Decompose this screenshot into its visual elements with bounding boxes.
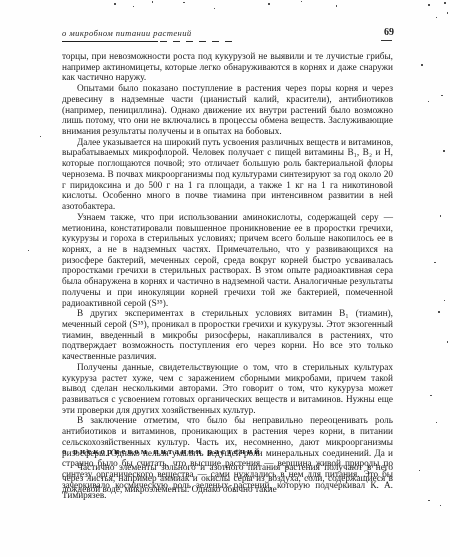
body-paragraph: Частично элементы зольного и азотного пи…: [62, 463, 393, 496]
body-text-block: торцы, при невозможности роста под кукур…: [62, 52, 393, 502]
header-rule-dashes: [160, 41, 238, 42]
body-paragraph: Узнаем также, что при использовании амин…: [62, 213, 393, 309]
header-rule: [62, 41, 158, 42]
body-paragraph: Далее указывается на широкий путь усвоен…: [62, 138, 393, 213]
running-header-text: о микробном питании растений: [62, 28, 192, 38]
body-paragraph: Получены данные, свидетельствующие о том…: [62, 363, 393, 417]
page-number: 69: [368, 27, 394, 38]
section-heading: о внекорневом питании растений: [62, 446, 393, 456]
body-paragraph: торцы, при невозможности роста под кукур…: [62, 52, 393, 84]
scanned-book-page: о микробном питании растений 69 торцы, п…: [0, 0, 450, 557]
body-paragraph: В других экспериментах в стерильных усло…: [62, 309, 393, 363]
page-number-underline: [381, 40, 392, 41]
section-first-paragraph-block: Частично элементы зольного и азотного пи…: [62, 463, 393, 496]
body-paragraph: Опытами было показано поступление в раст…: [62, 84, 393, 138]
